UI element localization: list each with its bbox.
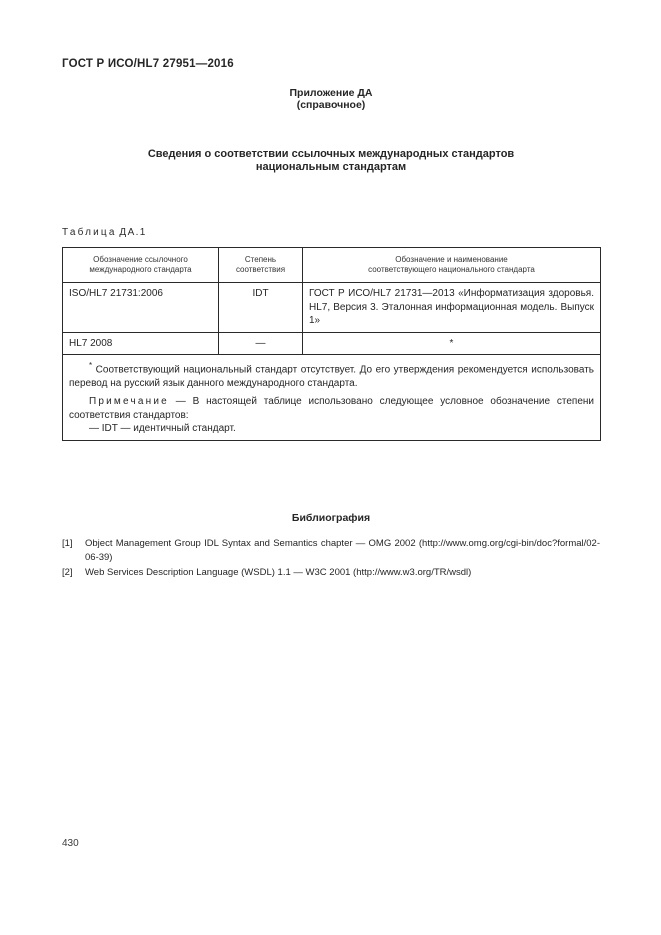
table-footnote-row: * Соответствующий национальный стандарт … xyxy=(63,355,601,441)
table-caption-word: Таблица xyxy=(62,227,117,238)
column-header-line: международного стандарта xyxy=(89,265,191,274)
table-row: HL7 2008 — * xyxy=(63,332,601,355)
column-header-line: Обозначение ссылочного xyxy=(93,255,188,264)
bibliography-entry: [2] Web Services Description Language (W… xyxy=(62,566,600,580)
page-number: 430 xyxy=(62,838,79,849)
footnote-paragraph: * Соответствующий национальный стандарт … xyxy=(69,359,594,390)
table-header-row: Обозначение ссылочного международного ст… xyxy=(63,248,601,283)
table-caption-number: ДА.1 xyxy=(119,227,146,238)
bibliography-entry-text: Web Services Description Language (WSDL)… xyxy=(85,566,600,580)
table-caption: Таблица ДА.1 xyxy=(62,227,600,238)
doc-number-header: ГОСТ Р ИСО/HL7 27951—2016 xyxy=(62,58,600,70)
footnote-marker: * xyxy=(89,361,92,370)
cell-national-standard: ГОСТ Р ИСО/HL7 21731—2013 «Информатизаци… xyxy=(303,283,601,333)
note-dash: — xyxy=(176,396,186,407)
column-header-line: Обозначение и наименование xyxy=(395,255,508,264)
bibliography-entry-number: [2] xyxy=(62,566,85,580)
cell-reference-standard: ISO/HL7 21731:2006 xyxy=(63,283,219,333)
column-header-degree: Степень соответствия xyxy=(219,248,303,283)
cell-degree: — xyxy=(219,332,303,355)
bibliography-title: Библиография xyxy=(62,512,600,524)
column-header-reference-standard: Обозначение ссылочного международного ст… xyxy=(63,248,219,283)
note-label: Примечание xyxy=(89,396,169,407)
annex-label: Приложение ДА xyxy=(62,87,600,99)
cell-degree: IDT xyxy=(219,283,303,333)
table-footnote-cell: * Соответствующий национальный стандарт … xyxy=(63,355,601,441)
correspondence-table: Обозначение ссылочного международного ст… xyxy=(62,247,601,441)
column-header-line: соответствующего национального стандарта xyxy=(368,265,535,274)
bibliography-entry: [1] Object Management Group IDL Syntax a… xyxy=(62,537,600,565)
column-header-line: соответствия xyxy=(236,265,285,274)
footnote-text: Соответствующий национальный стандарт от… xyxy=(69,364,594,389)
column-header-line: Степень xyxy=(245,255,276,264)
column-header-national-standard: Обозначение и наименование соответствующ… xyxy=(303,248,601,283)
page-title-line2: национальным стандартам xyxy=(62,161,600,174)
document-page: ГОСТ Р ИСО/HL7 27951—2016 Приложение ДА … xyxy=(0,0,661,580)
bibliography-entry-text: Object Management Group IDL Syntax and S… xyxy=(85,537,600,565)
note-list-item: — IDT — идентичный стандарт. xyxy=(89,422,594,436)
page-title: Сведения о соответствии ссылочных междун… xyxy=(62,148,600,174)
bibliography-entry-number: [1] xyxy=(62,537,85,551)
page-title-line1: Сведения о соответствии ссылочных междун… xyxy=(62,148,600,161)
note-paragraph: Примечание — В настоящей таблице использ… xyxy=(69,395,594,422)
cell-national-standard: * xyxy=(303,332,601,355)
table-row: ISO/HL7 21731:2006 IDT ГОСТ Р ИСО/HL7 21… xyxy=(63,283,601,333)
cell-reference-standard: HL7 2008 xyxy=(63,332,219,355)
bibliography-list: [1] Object Management Group IDL Syntax a… xyxy=(62,537,600,580)
annex-type: (справочное) xyxy=(62,99,600,111)
